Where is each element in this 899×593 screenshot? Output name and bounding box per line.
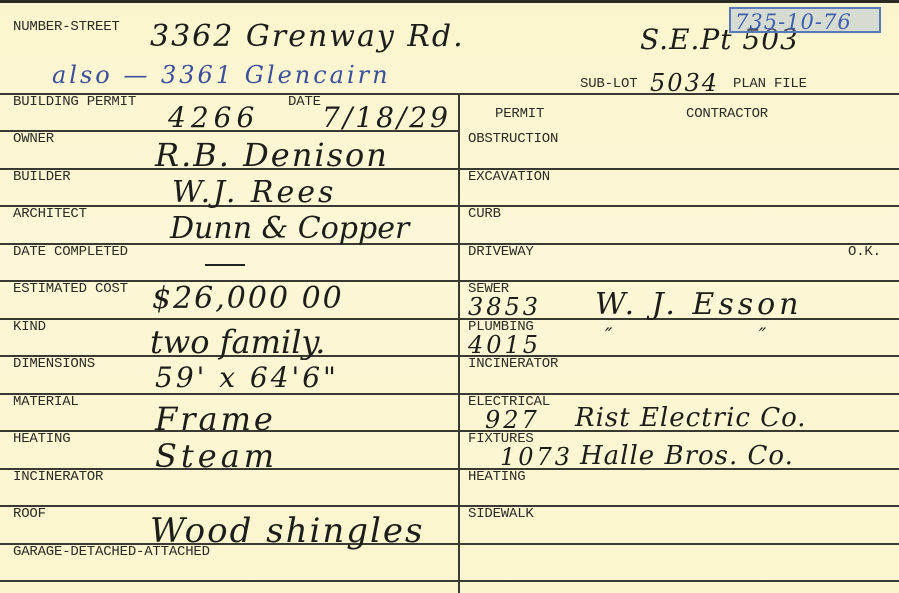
estimated-cost-value: $26,000 00 bbox=[152, 281, 344, 316]
date-completed-dash bbox=[205, 264, 245, 266]
owner-value: R.B. Denison bbox=[155, 136, 389, 174]
building-permit-label: BUILDING PERMIT bbox=[13, 95, 136, 109]
heating-permit-label: HEATING bbox=[468, 470, 525, 484]
builder-value: W.J. Rees bbox=[172, 175, 336, 210]
electrical-number: 927 bbox=[485, 406, 540, 434]
contractor-column-header: CONTRACTOR bbox=[686, 107, 768, 121]
number-street-label: NUMBER-STREET bbox=[13, 20, 120, 34]
driveway-label: DRIVEWAY bbox=[468, 245, 534, 259]
file-stamp: 735-10-76 bbox=[729, 7, 881, 33]
driveway-status: O.K. bbox=[848, 245, 881, 259]
dimensions-label: DIMENSIONS bbox=[13, 357, 95, 371]
heating-value: Steam bbox=[155, 437, 278, 475]
fixtures-contractor: Halle Bros. Co. bbox=[580, 441, 794, 471]
permit-card: NUMBER-STREET 3362 Grenway Rd. S.E.Pt 50… bbox=[0, 0, 899, 593]
material-label: MATERIAL bbox=[13, 395, 79, 409]
permit-column-header: PERMIT bbox=[495, 107, 544, 121]
stamp-number: 735-10-76 bbox=[735, 10, 852, 34]
electrical-contractor: Rist Electric Co. bbox=[575, 403, 807, 433]
also-address: also — 3361 Glencairn bbox=[52, 61, 391, 89]
architect-label: ARCHITECT bbox=[13, 207, 87, 221]
sublot-label: SUB-LOT bbox=[580, 77, 637, 91]
date-value: 7/18/29 bbox=[322, 101, 451, 134]
date-completed-label: DATE COMPLETED bbox=[13, 245, 128, 259]
kind-label: KIND bbox=[13, 320, 46, 334]
incinerator-permit-label: INCINERATOR bbox=[468, 357, 558, 371]
kind-value: two family. bbox=[150, 323, 325, 361]
owner-label: OWNER bbox=[13, 132, 54, 146]
architect-value: Dunn & Copper bbox=[170, 211, 409, 246]
sewer-number: 3853 bbox=[468, 293, 541, 321]
obstruction-label: OBSTRUCTION bbox=[468, 132, 558, 146]
plan-file-label: PLAN FILE bbox=[733, 77, 807, 91]
plumbing-contractor: ″ ″ bbox=[605, 323, 836, 347]
roof-label: ROOF bbox=[13, 507, 46, 521]
row-line bbox=[0, 505, 899, 507]
heating-label: HEATING bbox=[13, 432, 70, 446]
builder-label: BUILDER bbox=[13, 170, 70, 184]
building-permit-value: 4266 bbox=[168, 101, 259, 134]
sewer-contractor: W. J. Esson bbox=[595, 287, 803, 322]
row-line bbox=[0, 580, 899, 582]
curb-label: CURB bbox=[468, 207, 501, 221]
row-line bbox=[0, 243, 899, 245]
number-street-value: 3362 Grenway Rd. bbox=[150, 19, 465, 54]
excavation-label: EXCAVATION bbox=[468, 170, 550, 184]
fixtures-number: 1073 bbox=[500, 443, 573, 471]
row-line bbox=[0, 205, 899, 207]
dimensions-value: 59' x 64'6" bbox=[155, 361, 339, 394]
sidewalk-label: SIDEWALK bbox=[468, 507, 534, 521]
date-label: DATE bbox=[288, 95, 321, 109]
estimated-cost-label: ESTIMATED COST bbox=[13, 282, 128, 296]
row-line bbox=[0, 168, 899, 170]
plumbing-number: 4015 bbox=[468, 331, 541, 359]
row-line bbox=[0, 355, 899, 357]
roof-value: Wood shingles bbox=[150, 511, 424, 551]
row-line bbox=[0, 280, 899, 282]
material-value: Frame bbox=[155, 400, 276, 438]
row-line bbox=[0, 393, 899, 395]
incinerator-label: INCINERATOR bbox=[13, 470, 103, 484]
